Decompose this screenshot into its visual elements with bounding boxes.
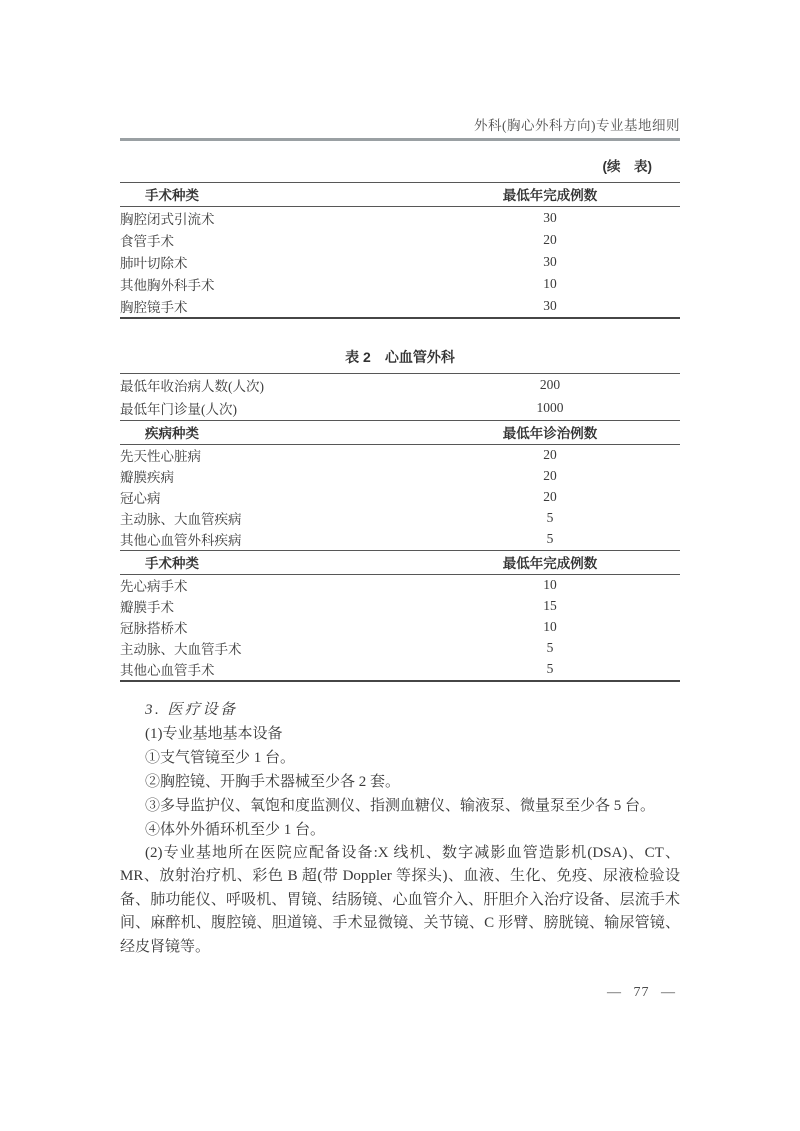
- table-thoracic-surgery: 手术种类 最低年完成例数 胸腔闭式引流术 30 食管手术 20 肺叶切除术 30…: [120, 182, 680, 319]
- column-header-surgery-type: 手术种类: [120, 184, 420, 204]
- row-label: 先心病手术: [120, 575, 420, 595]
- column-header-min-annual-cases: 最低年完成例数: [420, 184, 680, 204]
- section-subheading: (1)专业基地基本设备: [120, 722, 680, 746]
- running-head: 外科(胸心外科方向)专业基地细则: [120, 117, 680, 135]
- table2-disease-body: 先天性心脏病 20 瓣膜疾病 20 冠心病 20 主动脉、大血管疾病 5 其他心…: [120, 445, 680, 551]
- row-value: 20: [420, 468, 680, 484]
- row-label: 其他心血管手术: [120, 659, 420, 679]
- row-label: 冠心病: [120, 487, 420, 507]
- row-label: 瓣膜疾病: [120, 466, 420, 486]
- column-header-surgery-type: 手术种类: [120, 552, 420, 572]
- row-value: 20: [420, 447, 680, 463]
- column-header-disease-type: 疾病种类: [120, 422, 420, 442]
- table-row: 冠脉搭桥术 10: [120, 617, 680, 638]
- table2-operation-body: 先心病手术 10 瓣膜手术 15 冠脉搭桥术 10 主动脉、大血管手术 5 其他…: [120, 575, 680, 680]
- table-row: 主动脉、大血管疾病 5: [120, 508, 680, 529]
- row-value: 10: [420, 619, 680, 635]
- table-row: 最低年门诊量(人次) 1000: [120, 397, 680, 420]
- table-row: 胸腔镜手术 30: [120, 295, 680, 317]
- row-value: 5: [420, 661, 680, 677]
- table-row: 冠心病 20: [120, 487, 680, 508]
- row-label: 瓣膜手术: [120, 596, 420, 616]
- row-value: 20: [420, 232, 680, 248]
- document-page: 外科(胸心外科方向)专业基地细则 (续 表) 手术种类 最低年完成例数 胸腔闭式…: [0, 0, 800, 1131]
- row-value: 200: [420, 377, 680, 393]
- table-row: 先心病手术 10: [120, 575, 680, 596]
- row-value: 30: [420, 210, 680, 226]
- row-value: 30: [420, 254, 680, 270]
- table2-operation-header-row: 手术种类 最低年完成例数: [120, 551, 680, 575]
- table-row: 胸腔闭式引流术 30: [120, 207, 680, 229]
- table-row: 其他心血管手术 5: [120, 659, 680, 680]
- row-value: 5: [420, 531, 680, 547]
- row-label: 肺叶切除术: [120, 252, 420, 272]
- table-continued-label: (续 表): [120, 155, 652, 175]
- row-value: 1000: [420, 400, 680, 416]
- table1-body: 胸腔闭式引流术 30 食管手术 20 肺叶切除术 30 其他胸外科手术 10 胸…: [120, 207, 680, 317]
- equipment-list-item: ③多导监护仪、氧饱和度监测仪、指测血糖仪、输液泵、微量泵至少各 5 台。: [120, 794, 680, 818]
- row-label: 胸腔闭式引流术: [120, 208, 420, 228]
- equipment-list-item: ②胸腔镜、开胸手术器械至少各 2 套。: [120, 770, 680, 794]
- equipment-list-item: ①支气管镜至少 1 台。: [120, 746, 680, 770]
- row-value: 10: [420, 276, 680, 292]
- table-row: 先天性心脏病 20: [120, 445, 680, 466]
- section-heading: 3. 医疗设备: [120, 698, 680, 722]
- row-label: 最低年收治病人数(人次): [120, 375, 420, 395]
- row-value: 30: [420, 298, 680, 314]
- table2-title: 表 2 心血管外科: [120, 347, 680, 367]
- row-value: 5: [420, 640, 680, 656]
- row-label: 主动脉、大血管手术: [120, 638, 420, 658]
- table-row: 食管手术 20: [120, 229, 680, 251]
- table-row: 主动脉、大血管手术 5: [120, 638, 680, 659]
- table1-header-row: 手术种类 最低年完成例数: [120, 183, 680, 207]
- table-row: 瓣膜手术 15: [120, 596, 680, 617]
- row-value: 10: [420, 577, 680, 593]
- column-header-min-annual-treated: 最低年诊治例数: [420, 422, 680, 442]
- equipment-list: ①支气管镜至少 1 台。②胸腔镜、开胸手术器械至少各 2 套。③多导监护仪、氧饱…: [120, 746, 680, 842]
- table-row: 瓣膜疾病 20: [120, 466, 680, 487]
- table-row: 最低年收治病人数(人次) 200: [120, 374, 680, 397]
- column-header-min-annual-cases: 最低年完成例数: [420, 552, 680, 572]
- header-rule: [120, 138, 680, 141]
- row-label: 最低年门诊量(人次): [120, 398, 420, 418]
- row-label: 先天性心脏病: [120, 445, 420, 465]
- table2-disease-header-row: 疾病种类 最低年诊治例数: [120, 421, 680, 445]
- section-medical-equipment: 3. 医疗设备 (1)专业基地基本设备 ①支气管镜至少 1 台。②胸腔镜、开胸手…: [120, 698, 680, 960]
- page-number: — 77 —: [120, 985, 680, 1001]
- row-label: 冠脉搭桥术: [120, 617, 420, 637]
- row-label: 主动脉、大血管疾病: [120, 508, 420, 528]
- row-value: 20: [420, 489, 680, 505]
- row-label: 其他胸外科手术: [120, 274, 420, 294]
- table-row: 其他胸外科手术 10: [120, 273, 680, 295]
- row-label: 其他心血管外科疾病: [120, 529, 420, 549]
- table-row: 其他心血管外科疾病 5: [120, 529, 680, 550]
- row-label: 食管手术: [120, 230, 420, 250]
- section-paragraph: (2)专业基地所在医院应配备设备:X 线机、数字减影血管造影机(DSA)、CT、…: [120, 842, 680, 960]
- row-label: 胸腔镜手术: [120, 296, 420, 316]
- table2-stats: 最低年收治病人数(人次) 200 最低年门诊量(人次) 1000: [120, 374, 680, 421]
- row-value: 15: [420, 598, 680, 614]
- table-cardiovascular-surgery: 最低年收治病人数(人次) 200 最低年门诊量(人次) 1000 疾病种类 最低…: [120, 373, 680, 682]
- row-value: 5: [420, 510, 680, 526]
- table-row: 肺叶切除术 30: [120, 251, 680, 273]
- equipment-list-item: ④体外外循环机至少 1 台。: [120, 818, 680, 842]
